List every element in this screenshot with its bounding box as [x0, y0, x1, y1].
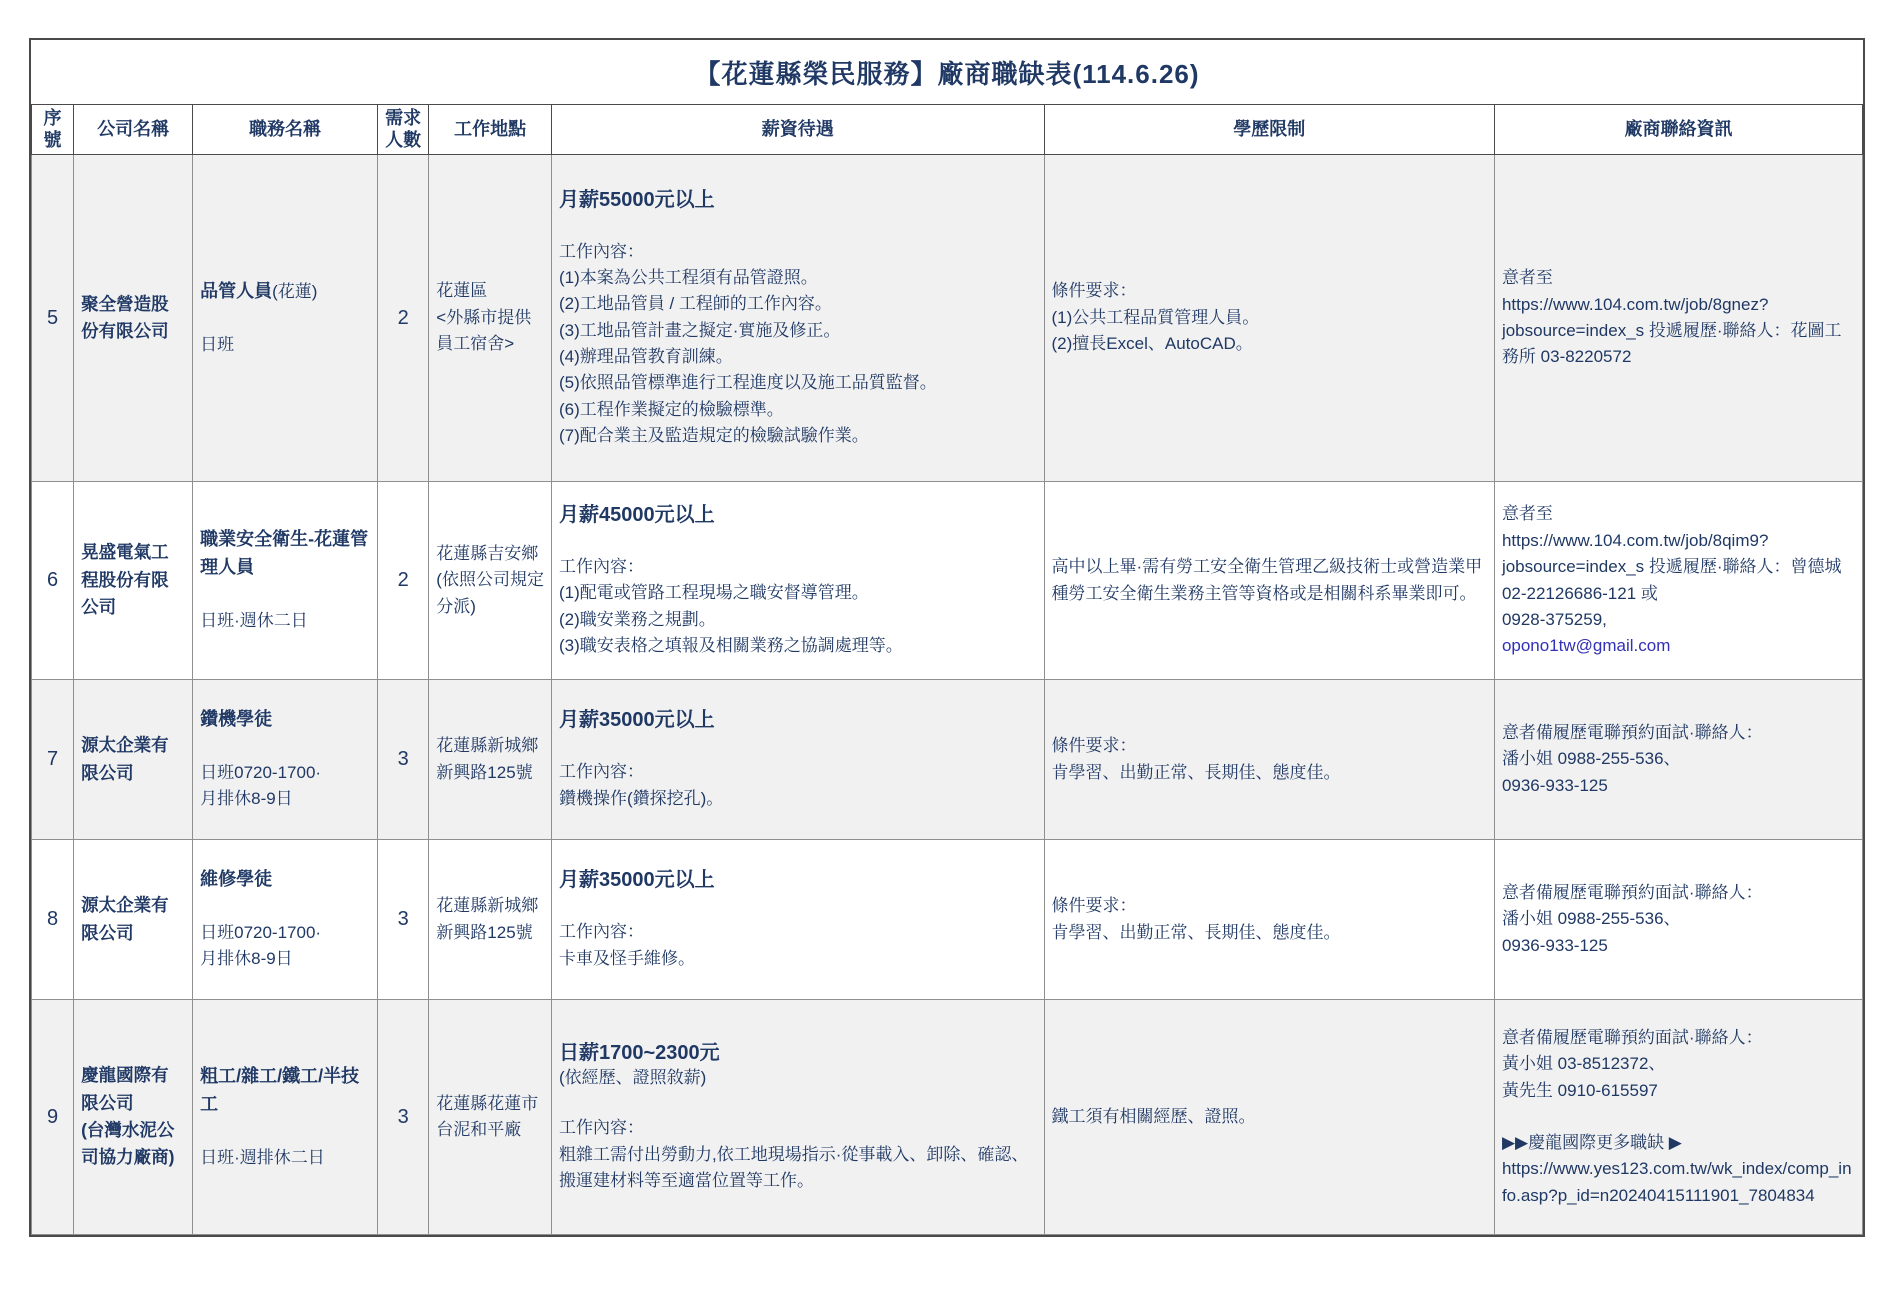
job-title: 鑽機學徒 [200, 709, 272, 729]
cell-education: 鐵工須有相關經歷、證照。 [1044, 1000, 1494, 1235]
cell-education: 條件要求： 肯學習、出勤正常、長期佳、態度佳。 [1044, 840, 1494, 1000]
cell-salary: 月薪45000元以上 工作內容： (1)配電或管路工程現場之職安督導管理。 (2… [551, 482, 1044, 680]
cell-location: 花蓮縣花蓮市台泥和平廠 [429, 1000, 552, 1235]
cell-company: 源太企業有限公司 [74, 840, 193, 1000]
cell-contact: 意者備履歷電聯預約面試·聯絡人： 黃小姐 03-8512372、 黃先生 091… [1494, 1000, 1862, 1235]
table-row: 5 聚全營造股份有限公司 品管人員(花蓮) 日班 2 花蓮區 <外縣市提供員工宿… [32, 155, 1863, 482]
cell-education: 高中以上畢·需有勞工安全衛生管理乙級技術士或營造業甲種勞工安全衛生業務主管等資格… [1044, 482, 1494, 680]
cell-job: 粗工/雜工/鐵工/半技工 日班·週排休二日 [193, 1000, 378, 1235]
cell-job: 職業安全衛生-花蓮管理人員 日班·週休二日 [193, 482, 378, 680]
salary-detail: 工作內容： (1)本案為公共工程須有品管證照。 (2)工地品管員 / 工程師的工… [559, 239, 1037, 450]
cell-headcount: 3 [378, 1000, 429, 1235]
header-headcount: 需求 人數 [378, 105, 429, 155]
cell-location: 花蓮縣新城鄉新興路125號 [429, 840, 552, 1000]
cell-job: 品管人員(花蓮) 日班 [193, 155, 378, 482]
education-text: 條件要求： 肯學習、出勤正常、長期佳、態度佳。 [1052, 896, 1341, 941]
header-company: 公司名稱 [74, 105, 193, 155]
salary-detail: 工作內容： (1)配電或管路工程現場之職安督導管理。 (2)職安業務之規劃。 (… [559, 554, 1037, 659]
salary-detail: 工作內容： 卡車及怪手維修。 [559, 919, 1037, 972]
contact-email-link[interactable]: opono1tw@gmail.com [1502, 633, 1855, 659]
job-title-note: (花蓮) [272, 282, 317, 301]
table-row: 8 源太企業有限公司 維修學徒 日班0720-1700· 月排休8-9日 3 花… [32, 840, 1863, 1000]
location-text: 花蓮縣花蓮市台泥和平廠 [436, 1094, 538, 1139]
header-education: 學歷限制 [1044, 105, 1494, 155]
job-title: 品管人員 [200, 281, 272, 301]
salary-detail: 工作內容： 粗雜工需付出勞動力,依工地現場指示·從事載入、卸除、確認、搬運建材料… [559, 1115, 1037, 1194]
job-shift: 日班0720-1700· 月排休8-9日 [200, 920, 370, 973]
header-job-title: 職務名稱 [193, 105, 378, 155]
cell-headcount: 3 [378, 680, 429, 840]
cell-location: 花蓮縣新城鄉新興路125號 [429, 680, 552, 840]
cell-headcount: 2 [378, 482, 429, 680]
cell-contact: 意者至 https://www.104.com.tw/job/8qim9?job… [1494, 482, 1862, 680]
table-row: 6 晃盛電氣工程股份有限公司 職業安全衛生-花蓮管理人員 日班·週休二日 2 花… [32, 482, 1863, 680]
header-contact: 廠商聯絡資訊 [1494, 105, 1862, 155]
header-location: 工作地點 [429, 105, 552, 155]
table-row: 7 源太企業有限公司 鑽機學徒 日班0720-1700· 月排休8-9日 3 花… [32, 680, 1863, 840]
education-text: 鐵工須有相關經歷、證照。 [1052, 1107, 1256, 1126]
job-title-line: 維修學徒 [200, 866, 370, 894]
education-text: 高中以上畢·需有勞工安全衛生管理乙級技術士或營造業甲種勞工安全衛生業務主管等資格… [1052, 557, 1483, 602]
cell-salary: 日薪1700~2300元 (依經歷、證照敘薪) 工作內容： 粗雜工需付出勞動力,… [551, 1000, 1044, 1235]
job-title-line: 職業安全衛生-花蓮管理人員 [200, 526, 370, 582]
salary-note: (依經歷、證照敘薪) [559, 1066, 1037, 1090]
company-name: 聚全營造股份有限公司 [81, 294, 169, 341]
cell-headcount: 3 [378, 840, 429, 1000]
location-text: 花蓮區 <外縣市提供員工宿舍> [436, 281, 531, 353]
salary-detail: 工作內容： 鑽機操作(鑽探挖孔)。 [559, 759, 1037, 812]
education-text: 條件要求： 肯學習、出勤正常、長期佳、態度佳。 [1052, 736, 1341, 781]
cell-salary: 月薪35000元以上 工作內容： 卡車及怪手維修。 [551, 840, 1044, 1000]
cell-location: 花蓮區 <外縣市提供員工宿舍> [429, 155, 552, 482]
cell-salary: 月薪35000元以上 工作內容： 鑽機操作(鑽探挖孔)。 [551, 680, 1044, 840]
salary-headline: 月薪35000元以上 [559, 707, 1037, 733]
header-seq: 序 號 [32, 105, 74, 155]
job-vacancy-table: 序 號 公司名稱 職務名稱 需求 人數 工作地點 薪資待遇 學歷限制 廠商聯絡資… [31, 104, 1863, 1235]
company-name: 晃盛電氣工程股份有限公司 [81, 542, 169, 617]
cell-contact: 意者備履歷電聯預約面試·聯絡人： 潘小姐 0988-255-536、 0936-… [1494, 840, 1862, 1000]
education-text: 條件要求： (1)公共工程品質管理人員。 (2)擅長Excel、AutoCAD。 [1052, 281, 1260, 353]
job-title: 維修學徒 [200, 869, 272, 889]
location-text: 花蓮縣吉安鄉(依照公司規定分派) [436, 544, 544, 616]
job-title-line: 品管人員(花蓮) [200, 278, 370, 306]
cell-location: 花蓮縣吉安鄉(依照公司規定分派) [429, 482, 552, 680]
salary-headline: 日薪1700~2300元 [559, 1040, 1037, 1066]
job-title-line: 粗工/雜工/鐵工/半技工 [200, 1063, 370, 1119]
contact-text: 意者備履歷電聯預約面試·聯絡人： 潘小姐 0988-255-536、 0936-… [1502, 720, 1855, 799]
document-frame: 【花蓮縣榮民服務】廠商職缺表(114.6.26) 序 號 公司名稱 職務名稱 需… [29, 38, 1865, 1237]
contact-text: 意者至 https://www.104.com.tw/job/8gnez?job… [1502, 265, 1855, 370]
cell-seq: 7 [32, 680, 74, 840]
location-text: 花蓮縣新城鄉新興路125號 [436, 736, 538, 781]
job-shift: 日班·週排休二日 [200, 1145, 370, 1171]
contact-more-jobs-link: ▶▶慶龍國際更多職缺 ▶ https://www.yes123.com.tw/w… [1502, 1130, 1855, 1209]
company-name: 慶龍國際有限公司 (台灣水泥公司協力廠商) [81, 1065, 174, 1167]
contact-text: 意者備履歷電聯預約面試·聯絡人： 黃小姐 03-8512372、 黃先生 091… [1502, 1025, 1855, 1104]
salary-headline: 月薪55000元以上 [559, 187, 1037, 213]
job-shift: 日班0720-1700· 月排休8-9日 [200, 760, 370, 813]
contact-text: 意者至 https://www.104.com.tw/job/8qim9?job… [1502, 501, 1855, 633]
cell-education: 條件要求： (1)公共工程品質管理人員。 (2)擅長Excel、AutoCAD。 [1044, 155, 1494, 482]
salary-headline: 月薪45000元以上 [559, 502, 1037, 528]
cell-seq: 6 [32, 482, 74, 680]
contact-text: 意者備履歷電聯預約面試·聯絡人： 潘小姐 0988-255-536、 0936-… [1502, 880, 1855, 959]
job-title-line: 鑽機學徒 [200, 706, 370, 734]
header-salary: 薪資待遇 [551, 105, 1044, 155]
location-text: 花蓮縣新城鄉新興路125號 [436, 896, 538, 941]
cell-company: 晃盛電氣工程股份有限公司 [74, 482, 193, 680]
cell-seq: 8 [32, 840, 74, 1000]
company-name: 源太企業有限公司 [81, 895, 169, 942]
cell-education: 條件要求： 肯學習、出勤正常、長期佳、態度佳。 [1044, 680, 1494, 840]
cell-seq: 5 [32, 155, 74, 482]
salary-headline: 月薪35000元以上 [559, 867, 1037, 893]
cell-company: 慶龍國際有限公司 (台灣水泥公司協力廠商) [74, 1000, 193, 1235]
cell-salary: 月薪55000元以上 工作內容： (1)本案為公共工程須有品管證照。 (2)工地… [551, 155, 1044, 482]
cell-headcount: 2 [378, 155, 429, 482]
company-name: 源太企業有限公司 [81, 735, 169, 782]
job-title: 職業安全衛生-花蓮管理人員 [200, 529, 368, 577]
cell-contact: 意者至 https://www.104.com.tw/job/8gnez?job… [1494, 155, 1862, 482]
cell-job: 維修學徒 日班0720-1700· 月排休8-9日 [193, 840, 378, 1000]
cell-job: 鑽機學徒 日班0720-1700· 月排休8-9日 [193, 680, 378, 840]
cell-contact: 意者備履歷電聯預約面試·聯絡人： 潘小姐 0988-255-536、 0936-… [1494, 680, 1862, 840]
job-shift: 日班·週休二日 [200, 608, 370, 634]
page-title: 【花蓮縣榮民服務】廠商職缺表(114.6.26) [31, 40, 1863, 104]
job-shift: 日班 [200, 332, 370, 358]
table-row: 9 慶龍國際有限公司 (台灣水泥公司協力廠商) 粗工/雜工/鐵工/半技工 日班·… [32, 1000, 1863, 1235]
cell-company: 聚全營造股份有限公司 [74, 155, 193, 482]
cell-company: 源太企業有限公司 [74, 680, 193, 840]
header-row: 序 號 公司名稱 職務名稱 需求 人數 工作地點 薪資待遇 學歷限制 廠商聯絡資… [32, 105, 1863, 155]
cell-seq: 9 [32, 1000, 74, 1235]
job-title: 粗工/雜工/鐵工/半技工 [200, 1066, 359, 1114]
